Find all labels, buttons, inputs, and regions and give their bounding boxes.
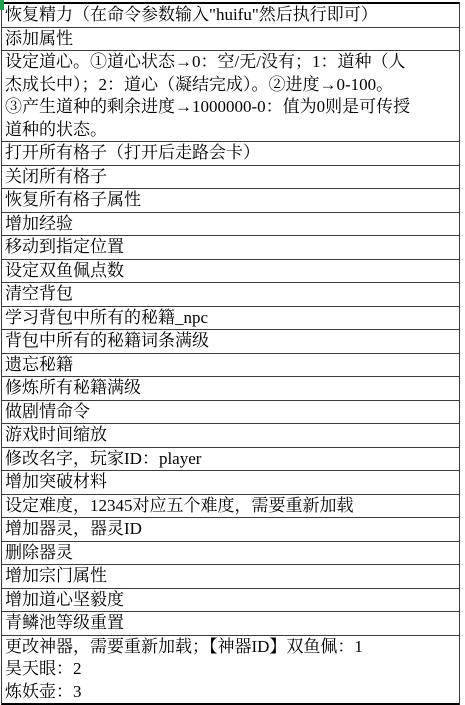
table-row[interactable]: 增加道心坚毅度 bbox=[2, 589, 459, 613]
table-row[interactable]: 遗忘秘籍 bbox=[2, 354, 459, 378]
table-row[interactable]: 修炼所有秘籍满级 bbox=[2, 377, 459, 401]
table-row[interactable]: 添加属性 bbox=[2, 28, 459, 52]
table-row[interactable]: 设定难度，12345对应五个难度，需要重新加载 bbox=[2, 495, 459, 519]
table-row[interactable]: 增加经验 bbox=[2, 213, 459, 237]
table-row[interactable]: 青鳞池等级重置 bbox=[2, 612, 459, 636]
table-row[interactable]: 增加突破材料 bbox=[2, 471, 459, 495]
selection-handle bbox=[0, 0, 4, 10]
table-row[interactable]: 移动到指定位置 bbox=[2, 236, 459, 260]
table-row[interactable]: 更改神器，需要重新加载；【神器ID】双鱼佩：1 昊天眼：2 炼妖壶：3 bbox=[2, 636, 459, 704]
table-row[interactable]: 恢复精力（在命令参数输入"huifu"然后执行即可） bbox=[2, 4, 459, 28]
table-row[interactable]: 学习背包中所有的秘籍_npc bbox=[2, 307, 459, 331]
table-row[interactable]: 背包中所有的秘籍词条满级 bbox=[2, 330, 459, 354]
table-row[interactable]: 设定双鱼佩点数 bbox=[2, 260, 459, 284]
table-row[interactable]: 游戏时间缩放 bbox=[2, 424, 459, 448]
table-row[interactable]: 做剧情命令 bbox=[2, 401, 459, 425]
table-row[interactable]: 恢复所有格子属性 bbox=[2, 189, 459, 213]
command-table: 恢复精力（在命令参数输入"huifu"然后执行即可） 添加属性设定道心。①道心状… bbox=[1, 2, 460, 705]
table-row[interactable]: 关闭所有格子 bbox=[2, 166, 459, 190]
table-row[interactable]: 清空背包 bbox=[2, 283, 459, 307]
table-row[interactable]: 增加器灵，器灵ID bbox=[2, 518, 459, 542]
table-row[interactable]: 设定道心。①道心状态→0：空/无/没有；1：道种（人 杰成长中）；2：道心（凝结… bbox=[2, 51, 459, 142]
table-row[interactable]: 打开所有格子（打开后走路会卡） bbox=[2, 142, 459, 166]
table-row[interactable]: 修改名字，玩家ID：player bbox=[2, 448, 459, 472]
table-row[interactable]: 删除器灵 bbox=[2, 542, 459, 566]
table-row[interactable]: 增加宗门属性 bbox=[2, 565, 459, 589]
spreadsheet-view: 恢复精力（在命令参数输入"huifu"然后执行即可） 添加属性设定道心。①道心状… bbox=[0, 0, 465, 705]
